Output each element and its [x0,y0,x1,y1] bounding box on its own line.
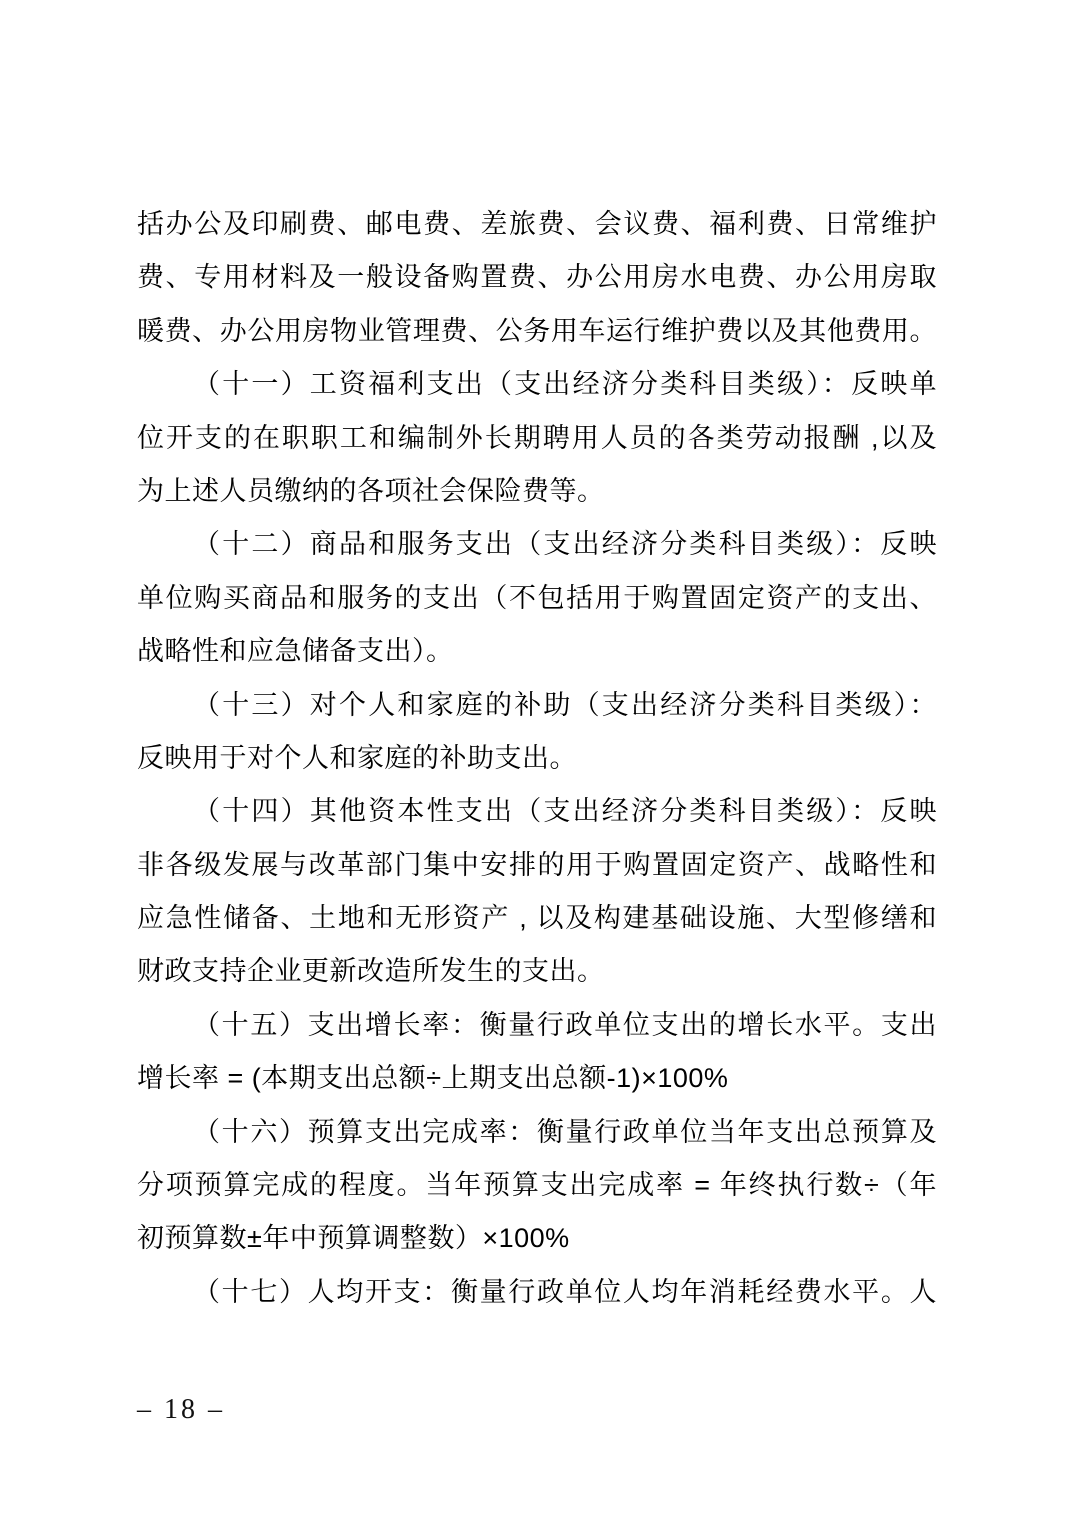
page-footer: – 18 – [137,1394,225,1428]
text-line: 战略性和应急储备支出）。 [137,625,937,678]
text-line: 初预算数±年中预算调整数）×100% [137,1212,937,1265]
text-line: （十一）工资福利支出（支出经济分类科目类级）：反映单 [137,358,937,411]
text-line: （十六）预算支出完成率：衡量行政单位当年支出总预算及 [137,1106,937,1159]
text-line: 位开支的在职职工和编制外长期聘用人员的各类劳动报酬 ,以及 [137,412,937,465]
text-line: 应急性储备、土地和无形资产 , 以及构建基础设施、大型修缮和 [137,892,937,945]
text-line: 括办公及印刷费、邮电费、差旅费、会议费、福利费、日常维护 [137,198,937,251]
text-line: 单位购买商品和服务的支出（不包括用于购置固定资产的支出、 [137,572,937,625]
document-page: 括办公及印刷费、邮电费、差旅费、会议费、福利费、日常维护费、专用材料及一般设备购… [0,0,1074,1520]
text-line: （十二）商品和服务支出（支出经济分类科目类级）：反映 [137,518,937,571]
text-line: 费、专用材料及一般设备购置费、办公用房水电费、办公用房取 [137,251,937,304]
text-line: （十五）支出增长率：衡量行政单位支出的增长水平。支出 [137,999,937,1052]
text-line: 反映用于对个人和家庭的补助支出。 [137,732,937,785]
page-number: – 18 – [137,1394,225,1425]
text-line: 为上述人员缴纳的各项社会保险费等。 [137,465,937,518]
text-line: （十三）对个人和家庭的补助（支出经济分类科目类级）： [137,679,937,732]
text-line: （十七）人均开支：衡量行政单位人均年消耗经费水平。人 [137,1266,937,1319]
text-line: 暖费、办公用房物业管理费、公务用车运行维护费以及其他费用。 [137,305,937,358]
text-line: 非各级发展与改革部门集中安排的用于购置固定资产、战略性和 [137,839,937,892]
text-line: 分项预算完成的程度。当年预算支出完成率 = 年终执行数÷（年 [137,1159,937,1212]
text-line: 增长率 = (本期支出总额÷上期支出总额-1)×100% [137,1052,937,1105]
document-body: 括办公及印刷费、邮电费、差旅费、会议费、福利费、日常维护费、专用材料及一般设备购… [137,198,937,1319]
text-line: （十四）其他资本性支出（支出经济分类科目类级）：反映 [137,785,937,838]
text-line: 财政支持企业更新改造所发生的支出。 [137,945,937,998]
